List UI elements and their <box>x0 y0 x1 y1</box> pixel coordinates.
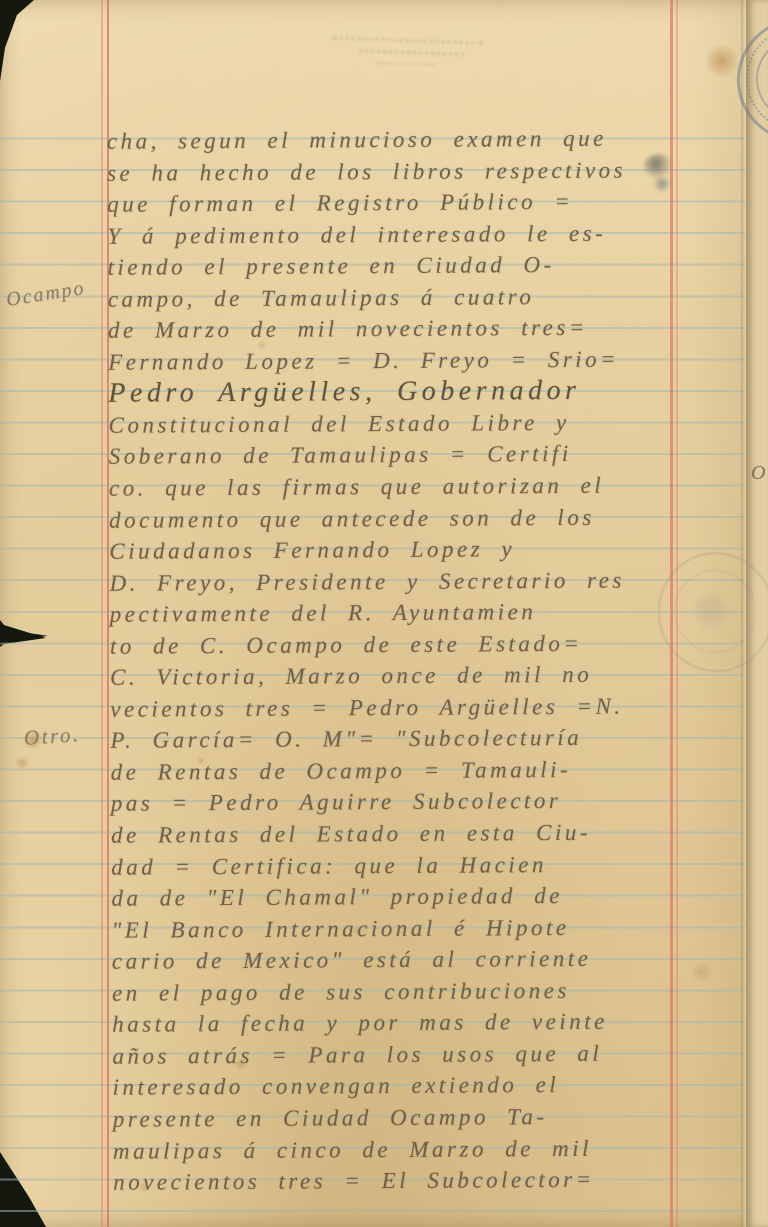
manuscript-line: en el pago de sus contribuciones <box>112 974 690 1009</box>
stain-spot <box>690 962 714 982</box>
stain-spot <box>256 340 268 350</box>
stain-spot <box>14 756 30 770</box>
photographed-manuscript-scan: cha, segun el minucioso examen quese ha … <box>0 0 768 1227</box>
manuscript-line: "El Banco Internacional é Hipote <box>112 911 690 946</box>
manuscript-line: se ha hecho de los libros respectivos <box>107 154 685 189</box>
stain-spot <box>196 756 206 765</box>
faint-round-stamp-icon <box>650 544 768 681</box>
manuscript-line: dad = Certifica: que la Hacien <box>111 848 689 883</box>
left-margin-rule <box>101 0 103 1227</box>
manuscript-line: campo, de Tamaulipas á cuatro <box>108 280 686 315</box>
stain-spot <box>22 730 44 750</box>
stain-spot <box>138 1182 150 1192</box>
round-ink-stamp-icon <box>737 16 768 144</box>
manuscript-line: co. que las firmas que autorizan el <box>109 469 687 504</box>
manuscript-line: Fernando Lopez = D. Freyo = Srio= <box>108 343 686 378</box>
manuscript-line: cario de Mexico" está al corriente <box>112 942 690 977</box>
manuscript-line: interesado convengan extiendo el <box>113 1069 691 1104</box>
manuscript-line: Pedro Argüelles, Gobernador <box>108 375 686 410</box>
manuscript-line: tiendo el presente en Ciudad O- <box>108 248 686 283</box>
manuscript-line: pectivamente del R. Ayuntamien <box>110 595 688 630</box>
ink-bleedthrough <box>331 27 483 84</box>
manuscript-line: Soberano de Tamaulipas = Certifi <box>109 438 687 473</box>
stain-spot <box>704 44 740 78</box>
manuscript-line: de Rentas del Estado en esta Ciu- <box>111 816 689 851</box>
manuscript-line: P. García= O. M"= "Subcolecturía <box>110 722 688 757</box>
manuscript-line: pas = Pedro Aguirre Subcolector <box>111 785 689 820</box>
manuscript-line: D. Freyo, Presidente y Secretario res <box>109 564 687 599</box>
manuscript-line: maulipas á cinco de Marzo de mil <box>113 1132 691 1167</box>
manuscript-line: vecientos tres = Pedro Argüelles =N. <box>110 690 688 725</box>
manuscript-line: to de C. Ocampo de este Estado= <box>110 627 688 662</box>
manuscript-line: C. Victoria, Marzo once de mil no <box>110 659 688 694</box>
manuscript-line: Constitucional del Estado Libre y <box>108 406 686 441</box>
handwritten-text-body: cha, segun el minucioso examen quese ha … <box>107 122 692 1198</box>
manuscript-line: presente en Ciudad Ocampo Ta- <box>113 1100 691 1135</box>
manuscript-line: Y á pedimento del interesado le es- <box>107 217 685 252</box>
manuscript-line: de Marzo de mil novecientos tres= <box>108 312 686 347</box>
manuscript-line: Ciudadanos Fernando Lopez y <box>109 532 687 567</box>
manuscript-line: novecientos tres = El Subcolector= <box>113 1163 691 1198</box>
manuscript-line: que forman el Registro Público = <box>107 185 685 220</box>
manuscript-line: años atrás = Para los usos que al <box>112 1037 690 1072</box>
margin-note-next-page: O <box>751 462 765 485</box>
manuscript-line: cha, segun el minucioso examen que <box>107 122 685 157</box>
stain-spot <box>352 926 362 935</box>
manuscript-line: hasta la fecha y por mas de veinte <box>112 1006 690 1041</box>
ink-blot <box>644 154 674 178</box>
manuscript-line: documento que antecede son de los <box>109 501 687 536</box>
manuscript-line: da de "El Chamal" propiedad de <box>111 879 689 914</box>
stain-spot <box>234 1058 248 1070</box>
ink-blot <box>652 176 672 192</box>
